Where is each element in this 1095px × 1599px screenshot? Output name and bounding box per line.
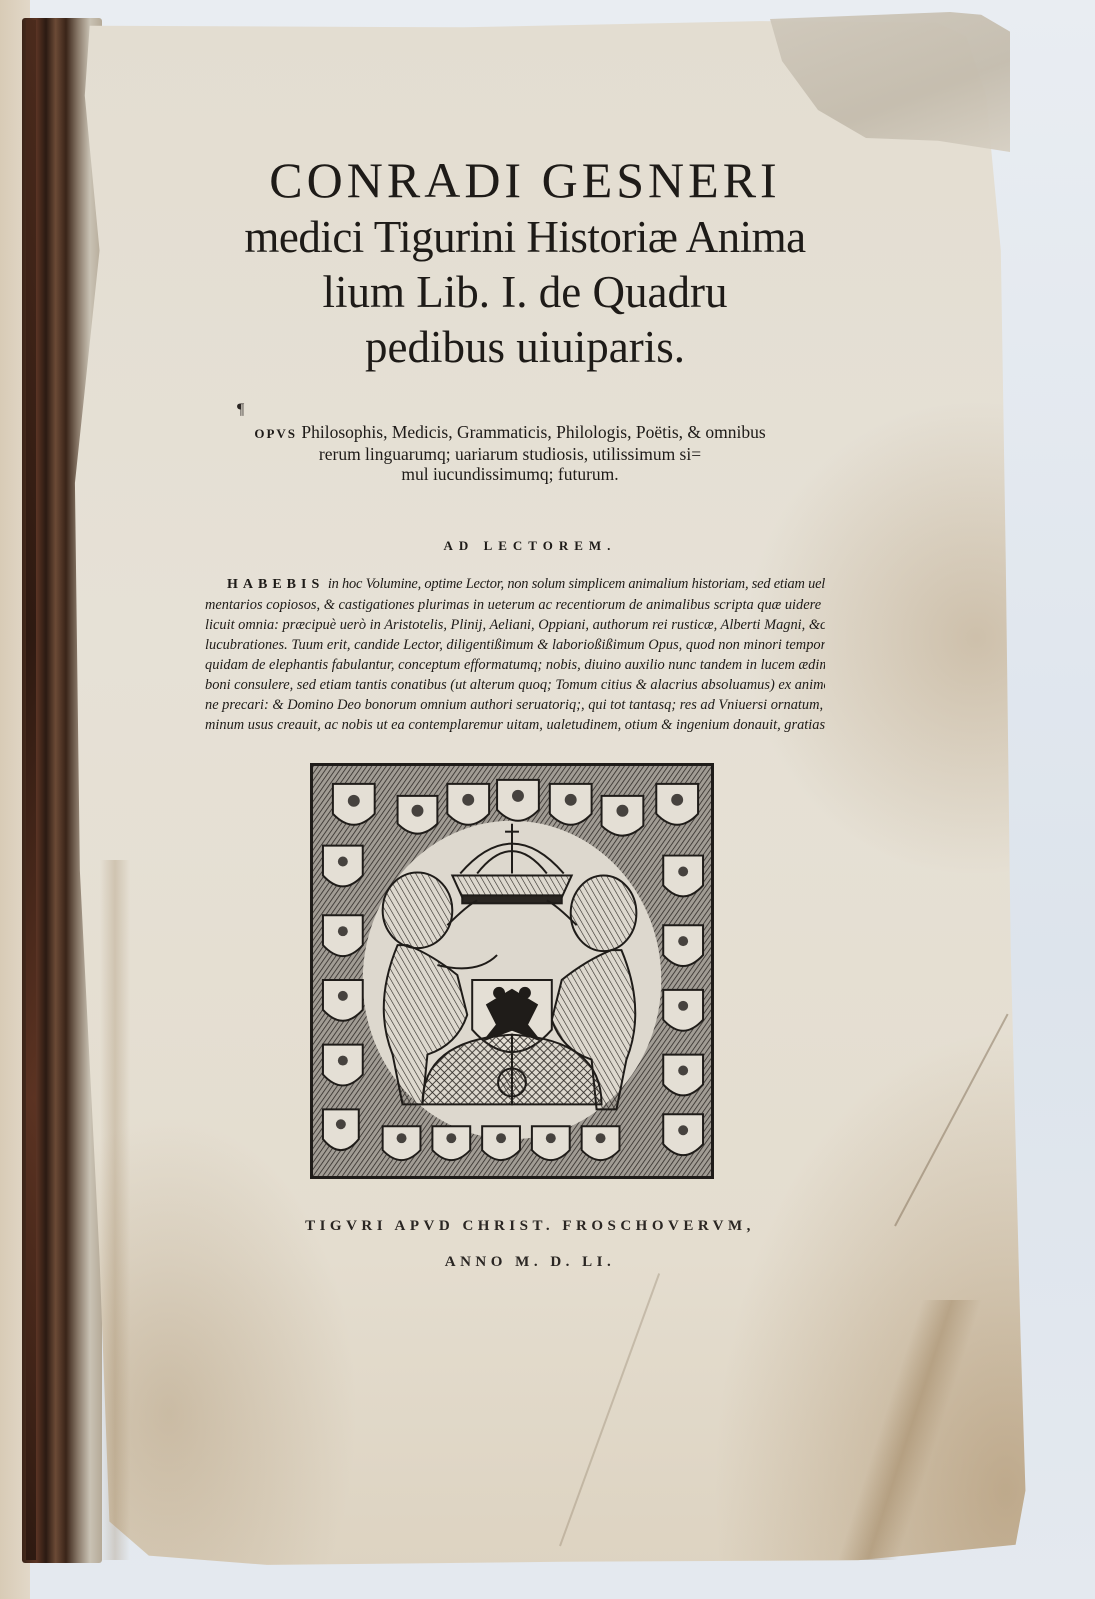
woodcut-illustration — [313, 766, 711, 1176]
preface-lead-caps: HABEBIS — [205, 577, 324, 592]
printers-device-woodcut — [310, 763, 714, 1179]
title-author-line: CONRADI GESNERI — [180, 150, 870, 210]
imprint: TIGVRI APVD CHRIST. FROSCHOVERVM, ANNO M… — [290, 1208, 770, 1280]
preface-line: HABEBIS in hoc Volumine, optime Lector, … — [205, 574, 825, 595]
imprint-printer: TIGVRI APVD CHRIST. FROSCHOVERVM, — [290, 1208, 770, 1244]
title-line-4: pedibus uiuiparis. — [180, 320, 870, 375]
book-title: CONRADI GESNERI medici Tigurini Historiæ… — [180, 150, 870, 375]
spine-leather-edge — [26, 20, 36, 1560]
preface-line: licuit omnia: præcipuè uerò in Aristotel… — [205, 615, 825, 635]
subtitle-line-2: rerum linguarumq; uariarum studiosis, ut… — [230, 444, 790, 464]
paper-fold — [100, 860, 130, 1560]
subtitle-lead-caps: OPVS — [254, 426, 297, 441]
preface-line: minum usus creauit, ac nobis ut ea conte… — [205, 715, 825, 735]
pilcrow-icon: ¶ — [237, 401, 244, 419]
preface-line: ne precari: & Domino Deo bonorum omnium … — [205, 695, 825, 715]
subtitle-block: OPVS Philosophis, Medicis, Grammaticis, … — [230, 422, 790, 484]
preface-line: quidam de elephantis fabulantur, concept… — [205, 655, 825, 675]
imprint-date: ANNO M. D. LI. — [290, 1244, 770, 1280]
preface-line: lucubrationes. Tuum erit, candide Lector… — [205, 635, 825, 655]
preface-heading: AD LECTOREM. — [380, 538, 680, 554]
subtitle-text: Philosophis, Medicis, Grammaticis, Philo… — [301, 422, 765, 442]
title-line-2: medici Tigurini Historiæ Anima — [180, 210, 870, 265]
subtitle-line-3: mul iucundissimumq; futurum. — [230, 464, 790, 484]
preface-line: mentarios copiosos, & castigationes plur… — [205, 595, 825, 615]
preface-line: boni consulere, sed etiam tantis conatib… — [205, 675, 825, 695]
subtitle-line-1: OPVS Philosophis, Medicis, Grammaticis, … — [230, 422, 790, 444]
title-line-3: lium Lib. I. de Quadru — [180, 265, 870, 320]
preface-text: HABEBIS in hoc Volumine, optime Lector, … — [205, 574, 825, 735]
